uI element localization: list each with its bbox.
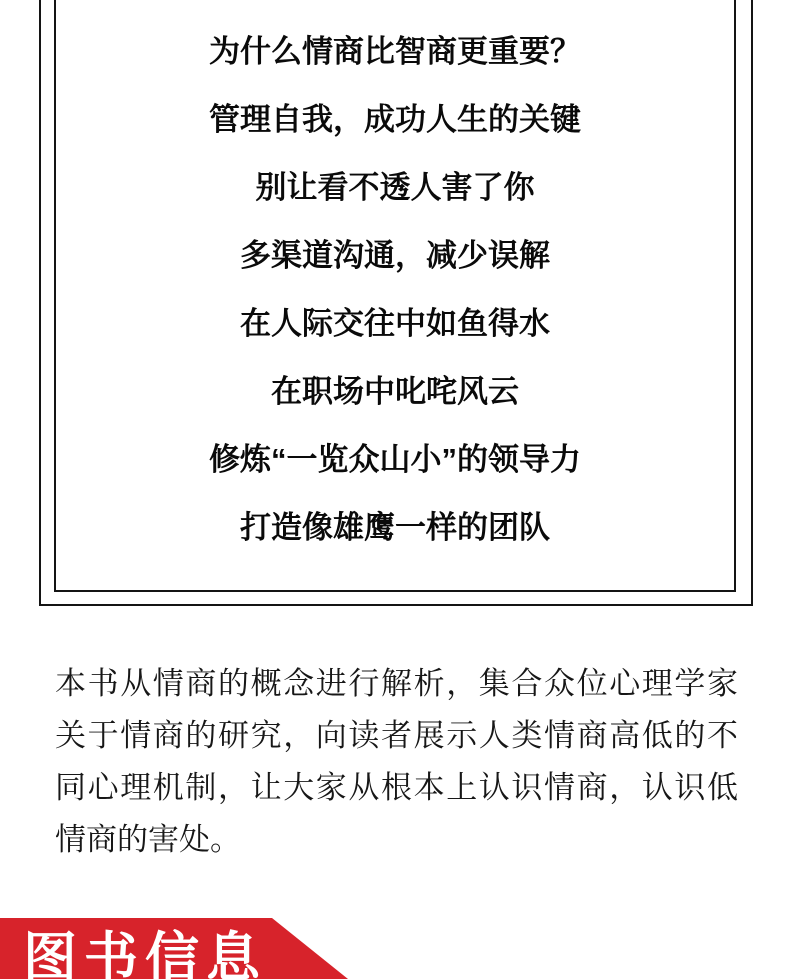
description-line: 情商的害处。 [55, 814, 738, 866]
feature-line: 管理自我，成功人生的关键 [56, 82, 734, 150]
feature-line: 在人际交往中如鱼得水 [56, 286, 734, 354]
section-banner: 图书信息 [0, 918, 370, 979]
feature-line: 修炼“一览众山小”的领导力 [56, 422, 734, 490]
feature-line: 为什么情商比智商更重要？ [56, 14, 734, 82]
description-line: 同心理机制，让大家从根本上认识情商，认识低 [55, 762, 738, 814]
description-line: 本书从情商的概念进行解析，集合众位心理学家 [55, 658, 738, 710]
feature-line: 打造像雄鹰一样的团队 [56, 490, 734, 558]
section-banner-title: 图书信息 [23, 931, 267, 979]
feature-list: 为什么情商比智商更重要？ 管理自我，成功人生的关键 别让看不透人害了你 多渠道沟… [56, 14, 734, 558]
book-description: 本书从情商的概念进行解析，集合众位心理学家 关于情商的研究，向读者展示人类情商高… [55, 658, 738, 866]
feature-line: 多渠道沟通，减少误解 [56, 218, 734, 286]
feature-line: 在职场中叱咤风云 [56, 354, 734, 422]
feature-line: 别让看不透人害了你 [56, 150, 734, 218]
description-line: 关于情商的研究，向读者展示人类情商高低的不 [55, 710, 738, 762]
